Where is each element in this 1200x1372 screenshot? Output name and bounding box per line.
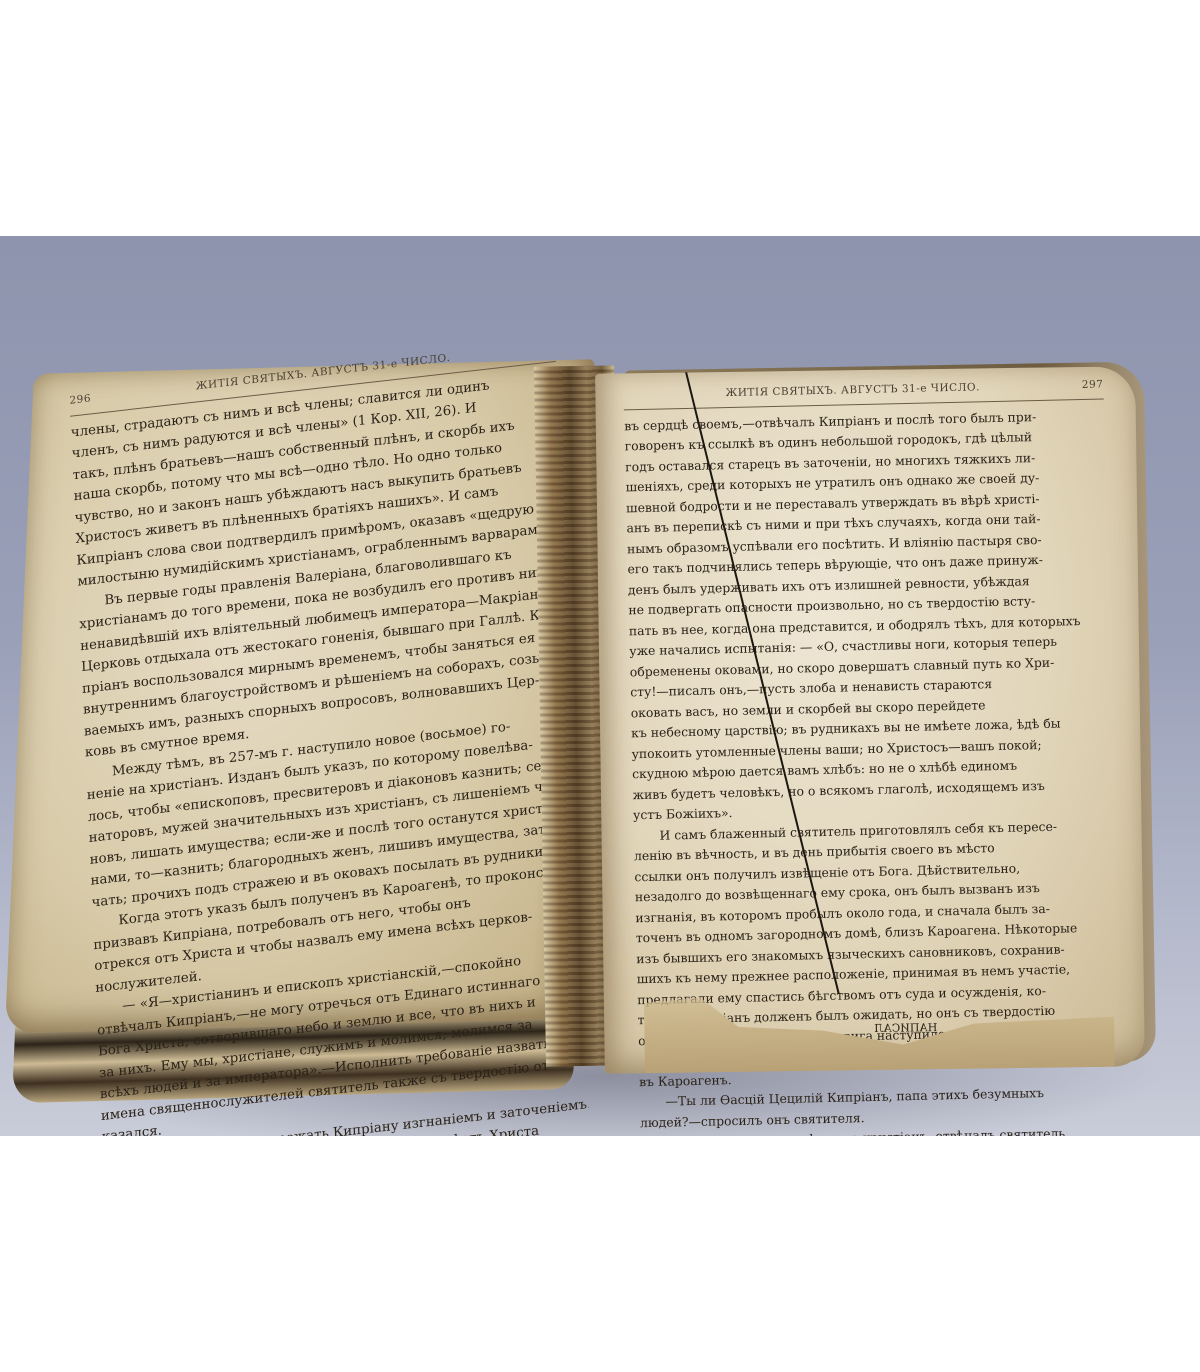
left-page: 296 ЖИТІЯ СВЯТЫХЪ. АВГУСТЪ 31-е ЧИСЛО. ч… xyxy=(5,359,595,1033)
right-running-header: ЖИТІЯ СВЯТЫХЪ. АВГУСТЪ 31-е ЧИСЛО. 297 xyxy=(623,375,1103,410)
left-page-lines: члены, страдаютъ съ нимъ и всѣ члены; сл… xyxy=(70,367,590,1136)
right-page-block: ЖИТІЯ СВЯТЫХЪ. АВГУСТЪ 31-е ЧИСЛО. 297 в… xyxy=(590,366,1150,1086)
left-page-number: 296 xyxy=(69,388,92,412)
mirrored-stamp-text: НАПИСАЛ xyxy=(874,1021,937,1035)
right-page-number: 297 xyxy=(1082,375,1104,396)
book-photo: 296 ЖИТІЯ СВЯТЫХЪ. АВГУСТЪ 31-е ЧИСЛО. ч… xyxy=(0,236,1200,1136)
left-page-block: 296 ЖИТІЯ СВЯТЫХЪ. АВГУСТЪ 31-е ЧИСЛО. ч… xyxy=(1,358,624,1113)
left-page-text: 296 ЖИТІЯ СВЯТЫХЪ. АВГУСТЪ 31-е ЧИСЛО. ч… xyxy=(69,336,590,1136)
right-header-title: ЖИТІЯ СВЯТЫХЪ. АВГУСТЪ 31-е ЧИСЛО. xyxy=(725,377,980,403)
right-page: ЖИТІЯ СВЯТЫХЪ. АВГУСТЪ 31-е ЧИСЛО. 297 в… xyxy=(595,366,1145,1073)
